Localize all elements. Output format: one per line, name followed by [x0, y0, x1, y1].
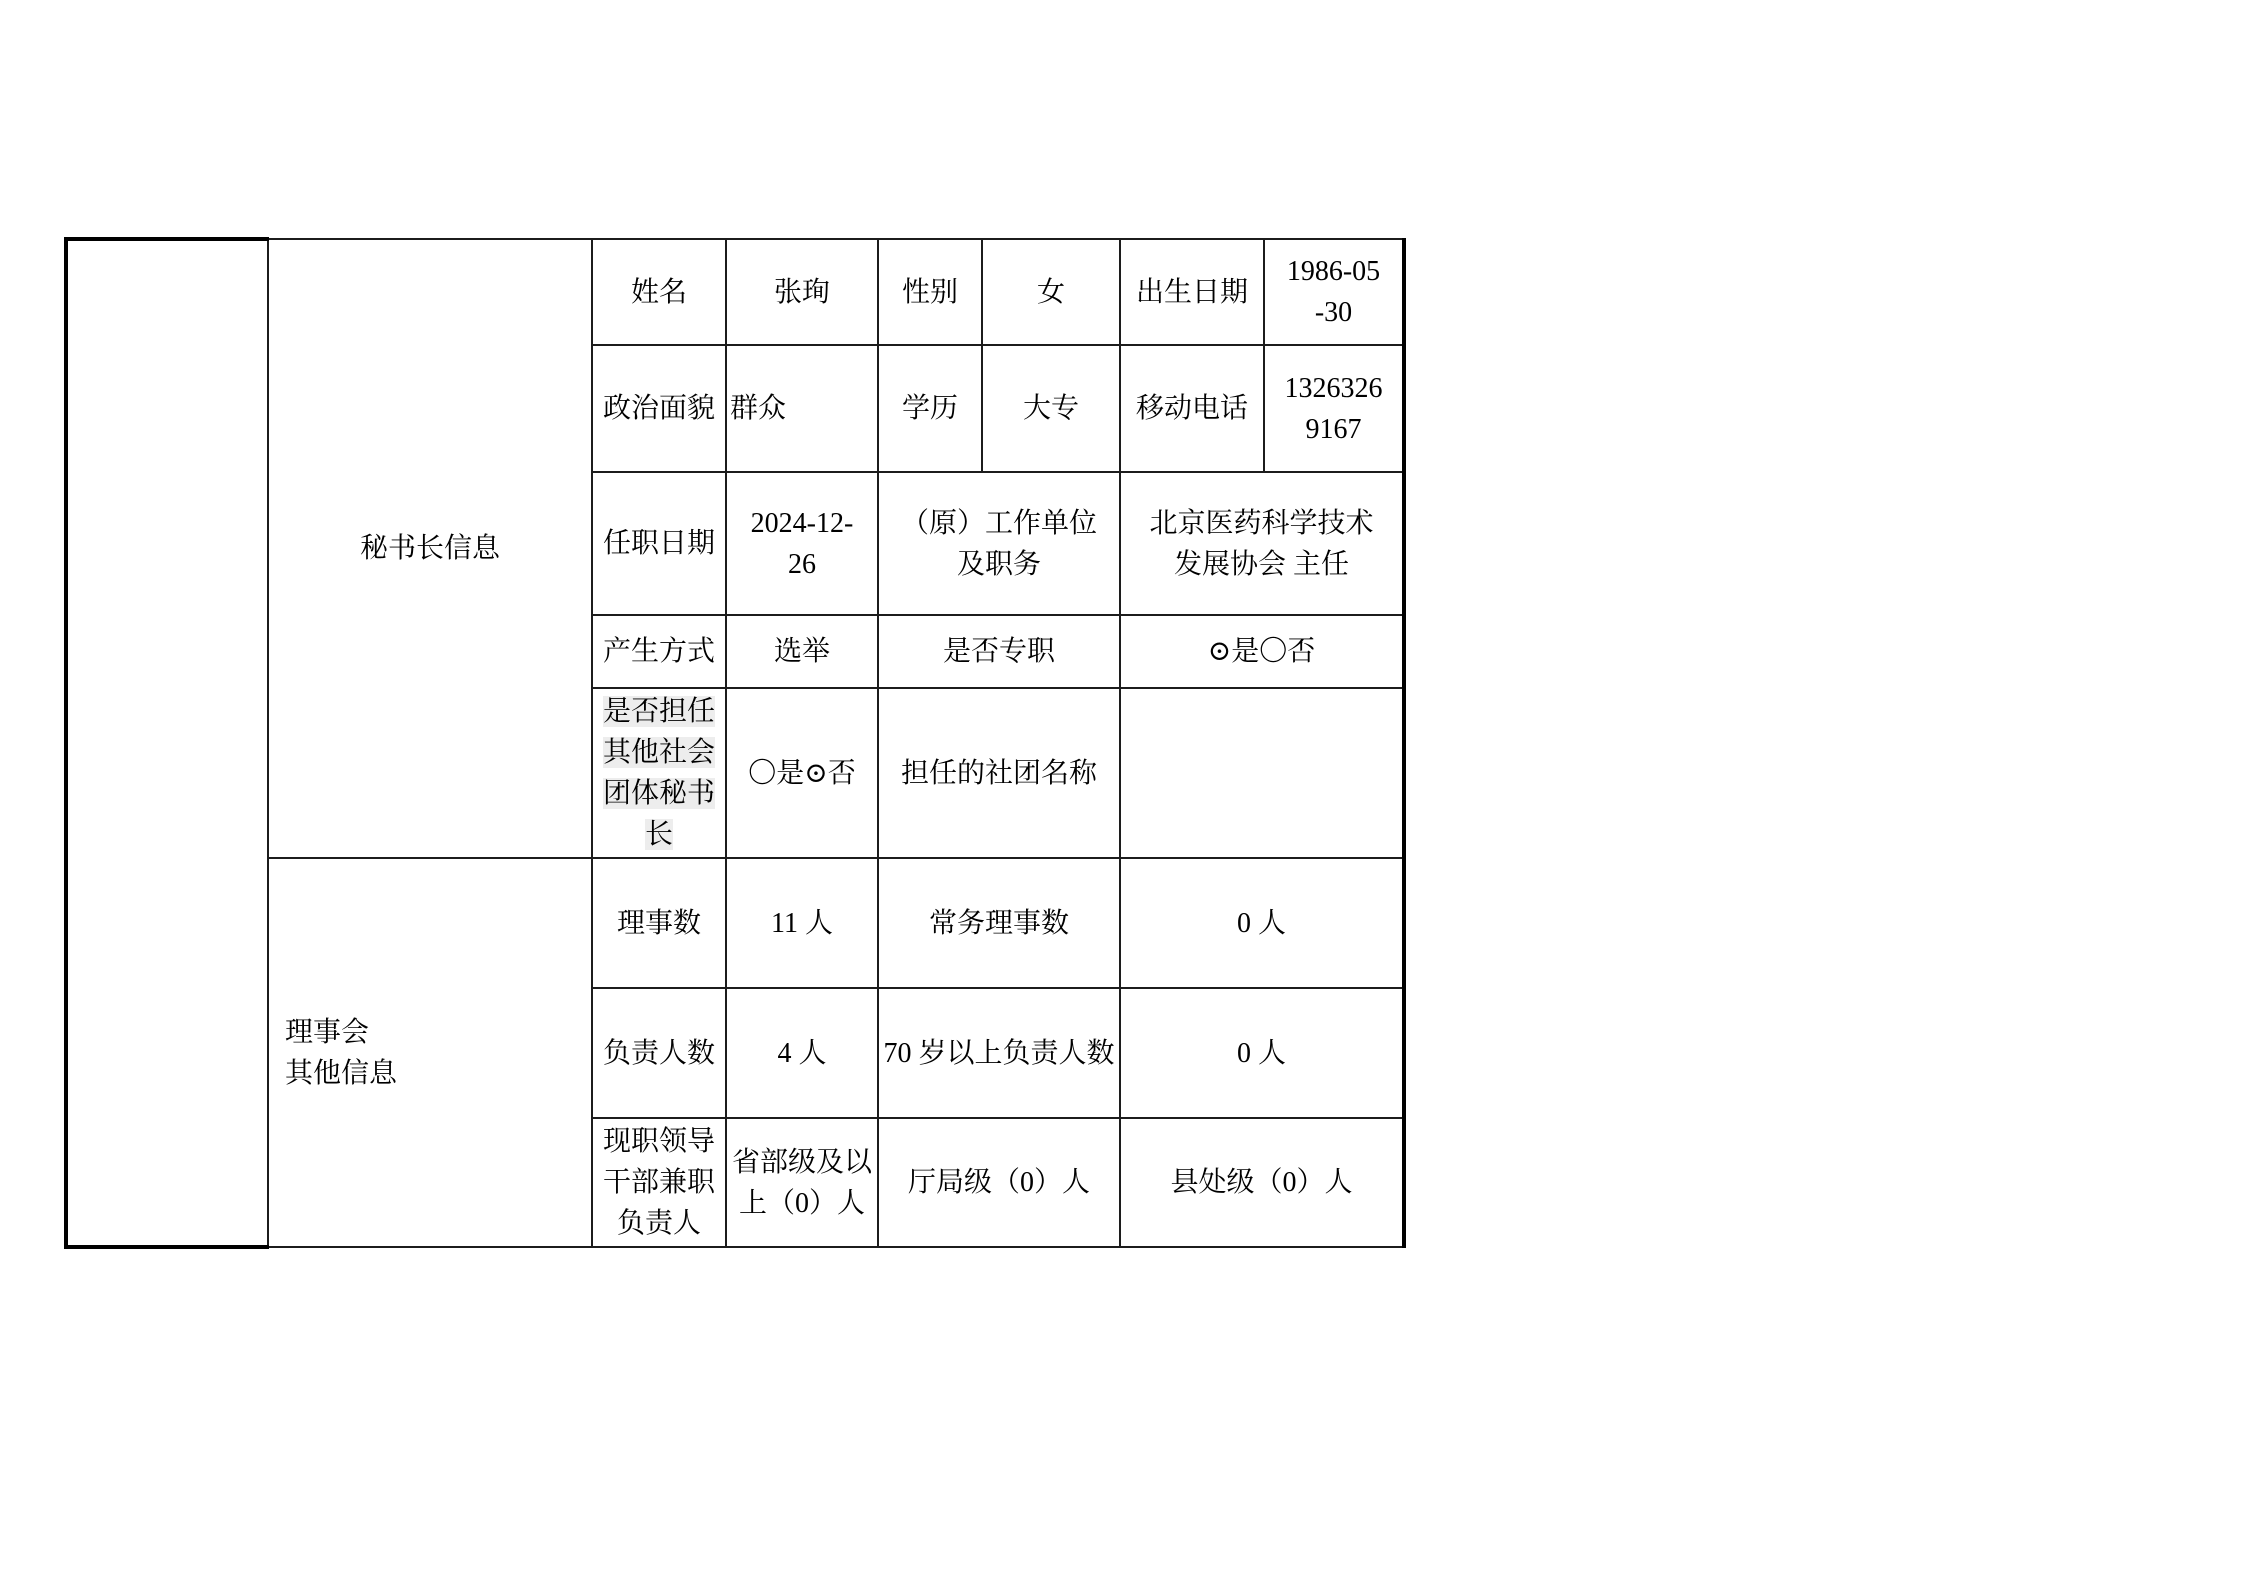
work-unit-label: （原）工作单位 及职务	[878, 472, 1120, 615]
section-title-secretary: 秘书长信息	[268, 239, 592, 858]
executive-directors-label: 常务理事数	[878, 858, 1120, 988]
mobile-value: 1326326 9167	[1264, 345, 1404, 472]
appointment-date-value: 2024-12- 26	[726, 472, 878, 615]
section-title-council: 理事会 其他信息	[268, 858, 592, 1247]
leader-parttime-bureau-value: 厅局级（0）人	[878, 1118, 1120, 1247]
org-names-label: 担任的社团名称	[878, 688, 1120, 858]
executive-directors-value: 0 人	[1120, 858, 1404, 988]
principals-value: 4 人	[726, 988, 878, 1118]
leader-parttime-county-value: 县处级（0）人	[1120, 1118, 1404, 1247]
political-status-value: 群众	[726, 345, 878, 472]
education-label: 学历	[878, 345, 982, 472]
leader-parttime-provincial-value: 省部级及以 上（0）人	[726, 1118, 878, 1247]
outer-border-cell	[66, 239, 268, 1247]
over70-label: 70 岁以上负责人数	[878, 988, 1120, 1118]
name-value: 张珣	[726, 239, 878, 345]
leader-parttime-label: 现职领导 干部兼职 负责人	[592, 1118, 726, 1247]
gender-label: 性别	[878, 239, 982, 345]
directors-value: 11 人	[726, 858, 878, 988]
name-label: 姓名	[592, 239, 726, 345]
is-fulltime-label: 是否专职	[878, 615, 1120, 688]
work-unit-value: 北京医药科学技术 发展协会 主任	[1120, 472, 1404, 615]
other-secretary-label-highlight: 是否担任 其他社会 团体秘书 长	[603, 696, 715, 850]
political-status-label: 政治面貌	[592, 345, 726, 472]
appointment-date-label: 任职日期	[592, 472, 726, 615]
is-fulltime-radio-group: ⊙是〇否	[1120, 615, 1404, 688]
birth-date-label: 出生日期	[1120, 239, 1264, 345]
other-secretary-radio-group: 〇是⊙否	[726, 688, 878, 858]
selection-method-value: 选举	[726, 615, 878, 688]
mobile-label: 移动电话	[1120, 345, 1264, 472]
selection-method-label: 产生方式	[592, 615, 726, 688]
gender-value: 女	[982, 239, 1120, 345]
table-row: 秘书长信息 姓名 张珣 性别 女 出生日期 1986-05 -30	[66, 239, 1404, 345]
other-secretary-label: 是否担任 其他社会 团体秘书 长	[592, 688, 726, 858]
document-page: 秘书长信息 姓名 张珣 性别 女 出生日期 1986-05 -30 政治面貌 群…	[0, 0, 2246, 1587]
directors-label: 理事数	[592, 858, 726, 988]
education-value: 大专	[982, 345, 1120, 472]
over70-value: 0 人	[1120, 988, 1404, 1118]
principals-label: 负责人数	[592, 988, 726, 1118]
registration-form-table: 秘书长信息 姓名 张珣 性别 女 出生日期 1986-05 -30 政治面貌 群…	[64, 237, 1406, 1249]
org-names-value	[1120, 688, 1404, 858]
birth-date-value: 1986-05 -30	[1264, 239, 1404, 345]
